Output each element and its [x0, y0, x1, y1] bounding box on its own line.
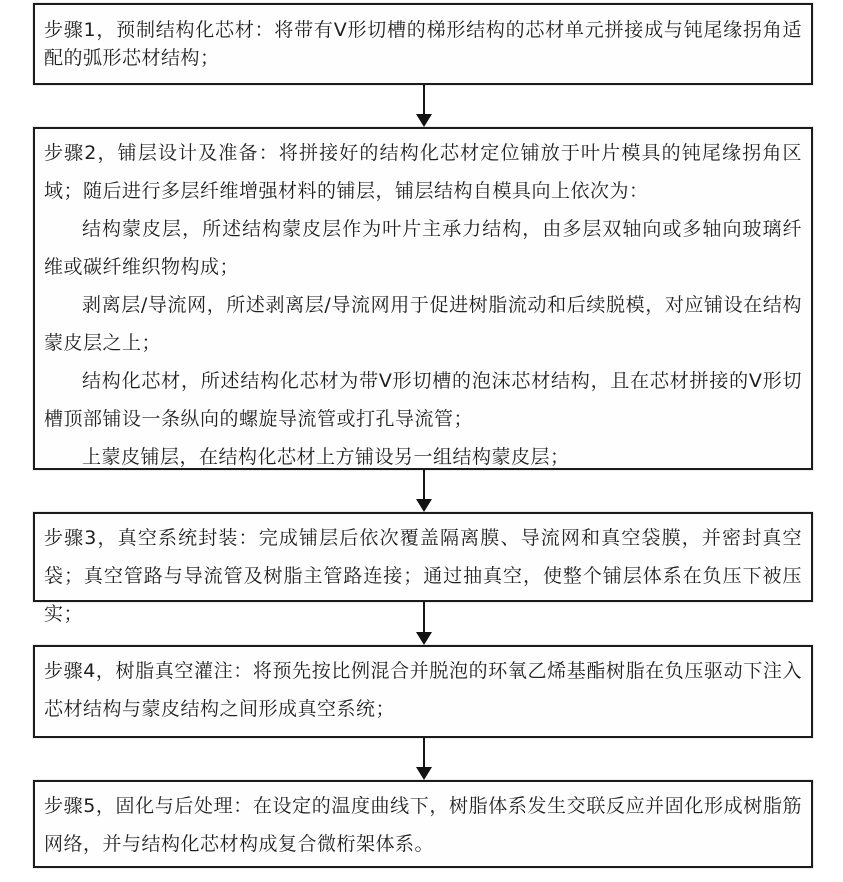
arrow-head-icon — [416, 767, 432, 780]
flowchart-step-4-box: 步骤4，树脂真空灌注：将预先按比例混合并脱泡的环氧乙烯基酯树脂在负压驱动下注入芯… — [33, 645, 813, 738]
step-4-text: 步骤4，树脂真空灌注：将预先按比例混合并脱泡的环氧乙烯基酯树脂在负压驱动下注入芯… — [44, 652, 802, 728]
arrow-head-icon — [416, 499, 432, 512]
flowchart-step-3-box: 步骤3，真空系统封装：完成铺层后依次覆盖隔离膜、导流网和真空袋膜，并密封真空袋；… — [33, 512, 813, 602]
arrow-head-icon — [416, 632, 432, 645]
flowchart-step-1-box: 步骤1，预制结构化芯材：将带有V形切槽的梯形结构的芯材单元拼接成与钝尾缘拐角适配… — [33, 3, 813, 85]
step-2-layer-skin-text: 结构蒙皮层，所述结构蒙皮层作为叶片主承力结构，由多层双轴向或多轴向玻璃纤维或碳纤… — [44, 210, 802, 286]
flow-arrow-down-1 — [410, 85, 438, 127]
arrow-head-icon — [416, 114, 432, 127]
flowchart-step-5-box: 步骤5，固化与后处理：在设定的温度曲线下，树脂体系发生交联反应并固化形成树脂筋网… — [33, 780, 813, 868]
arrow-line — [423, 602, 425, 632]
flow-arrow-down-3 — [410, 602, 438, 645]
step-5-text: 步骤5，固化与后处理：在设定的温度曲线下，树脂体系发生交联反应并固化形成树脂筋网… — [44, 787, 802, 863]
flow-arrow-down-2 — [410, 470, 438, 512]
arrow-line — [423, 85, 425, 114]
step-2-layer-core-text: 结构化芯材，所述结构化芯材为带V形切槽的泡沫芯材结构，且在芯材拼接的V形切槽顶部… — [44, 362, 802, 438]
flowchart-step-2-box: 步骤2，铺层设计及准备：将拼接好的结构化芯材定位铺放于叶片模具的钝尾缘拐角区域；… — [33, 127, 813, 470]
patent-flowchart-page: 步骤1，预制结构化芯材：将带有V形切槽的梯形结构的芯材单元拼接成与钝尾缘拐角适配… — [0, 0, 843, 882]
step-1-text: 步骤1，预制结构化芯材：将带有V形切槽的梯形结构的芯材单元拼接成与钝尾缘拐角适配… — [44, 10, 802, 72]
step-2-intro-text: 步骤2，铺层设计及准备：将拼接好的结构化芯材定位铺放于叶片模具的钝尾缘拐角区域；… — [44, 134, 802, 210]
step-2-layer-peel-ply-text: 剥离层/导流网，所述剥离层/导流网用于促进树脂流动和后续脱模，对应铺设在结构蒙皮… — [44, 286, 802, 362]
arrow-line — [423, 738, 425, 767]
flow-arrow-down-4 — [410, 738, 438, 780]
arrow-line — [423, 470, 425, 499]
